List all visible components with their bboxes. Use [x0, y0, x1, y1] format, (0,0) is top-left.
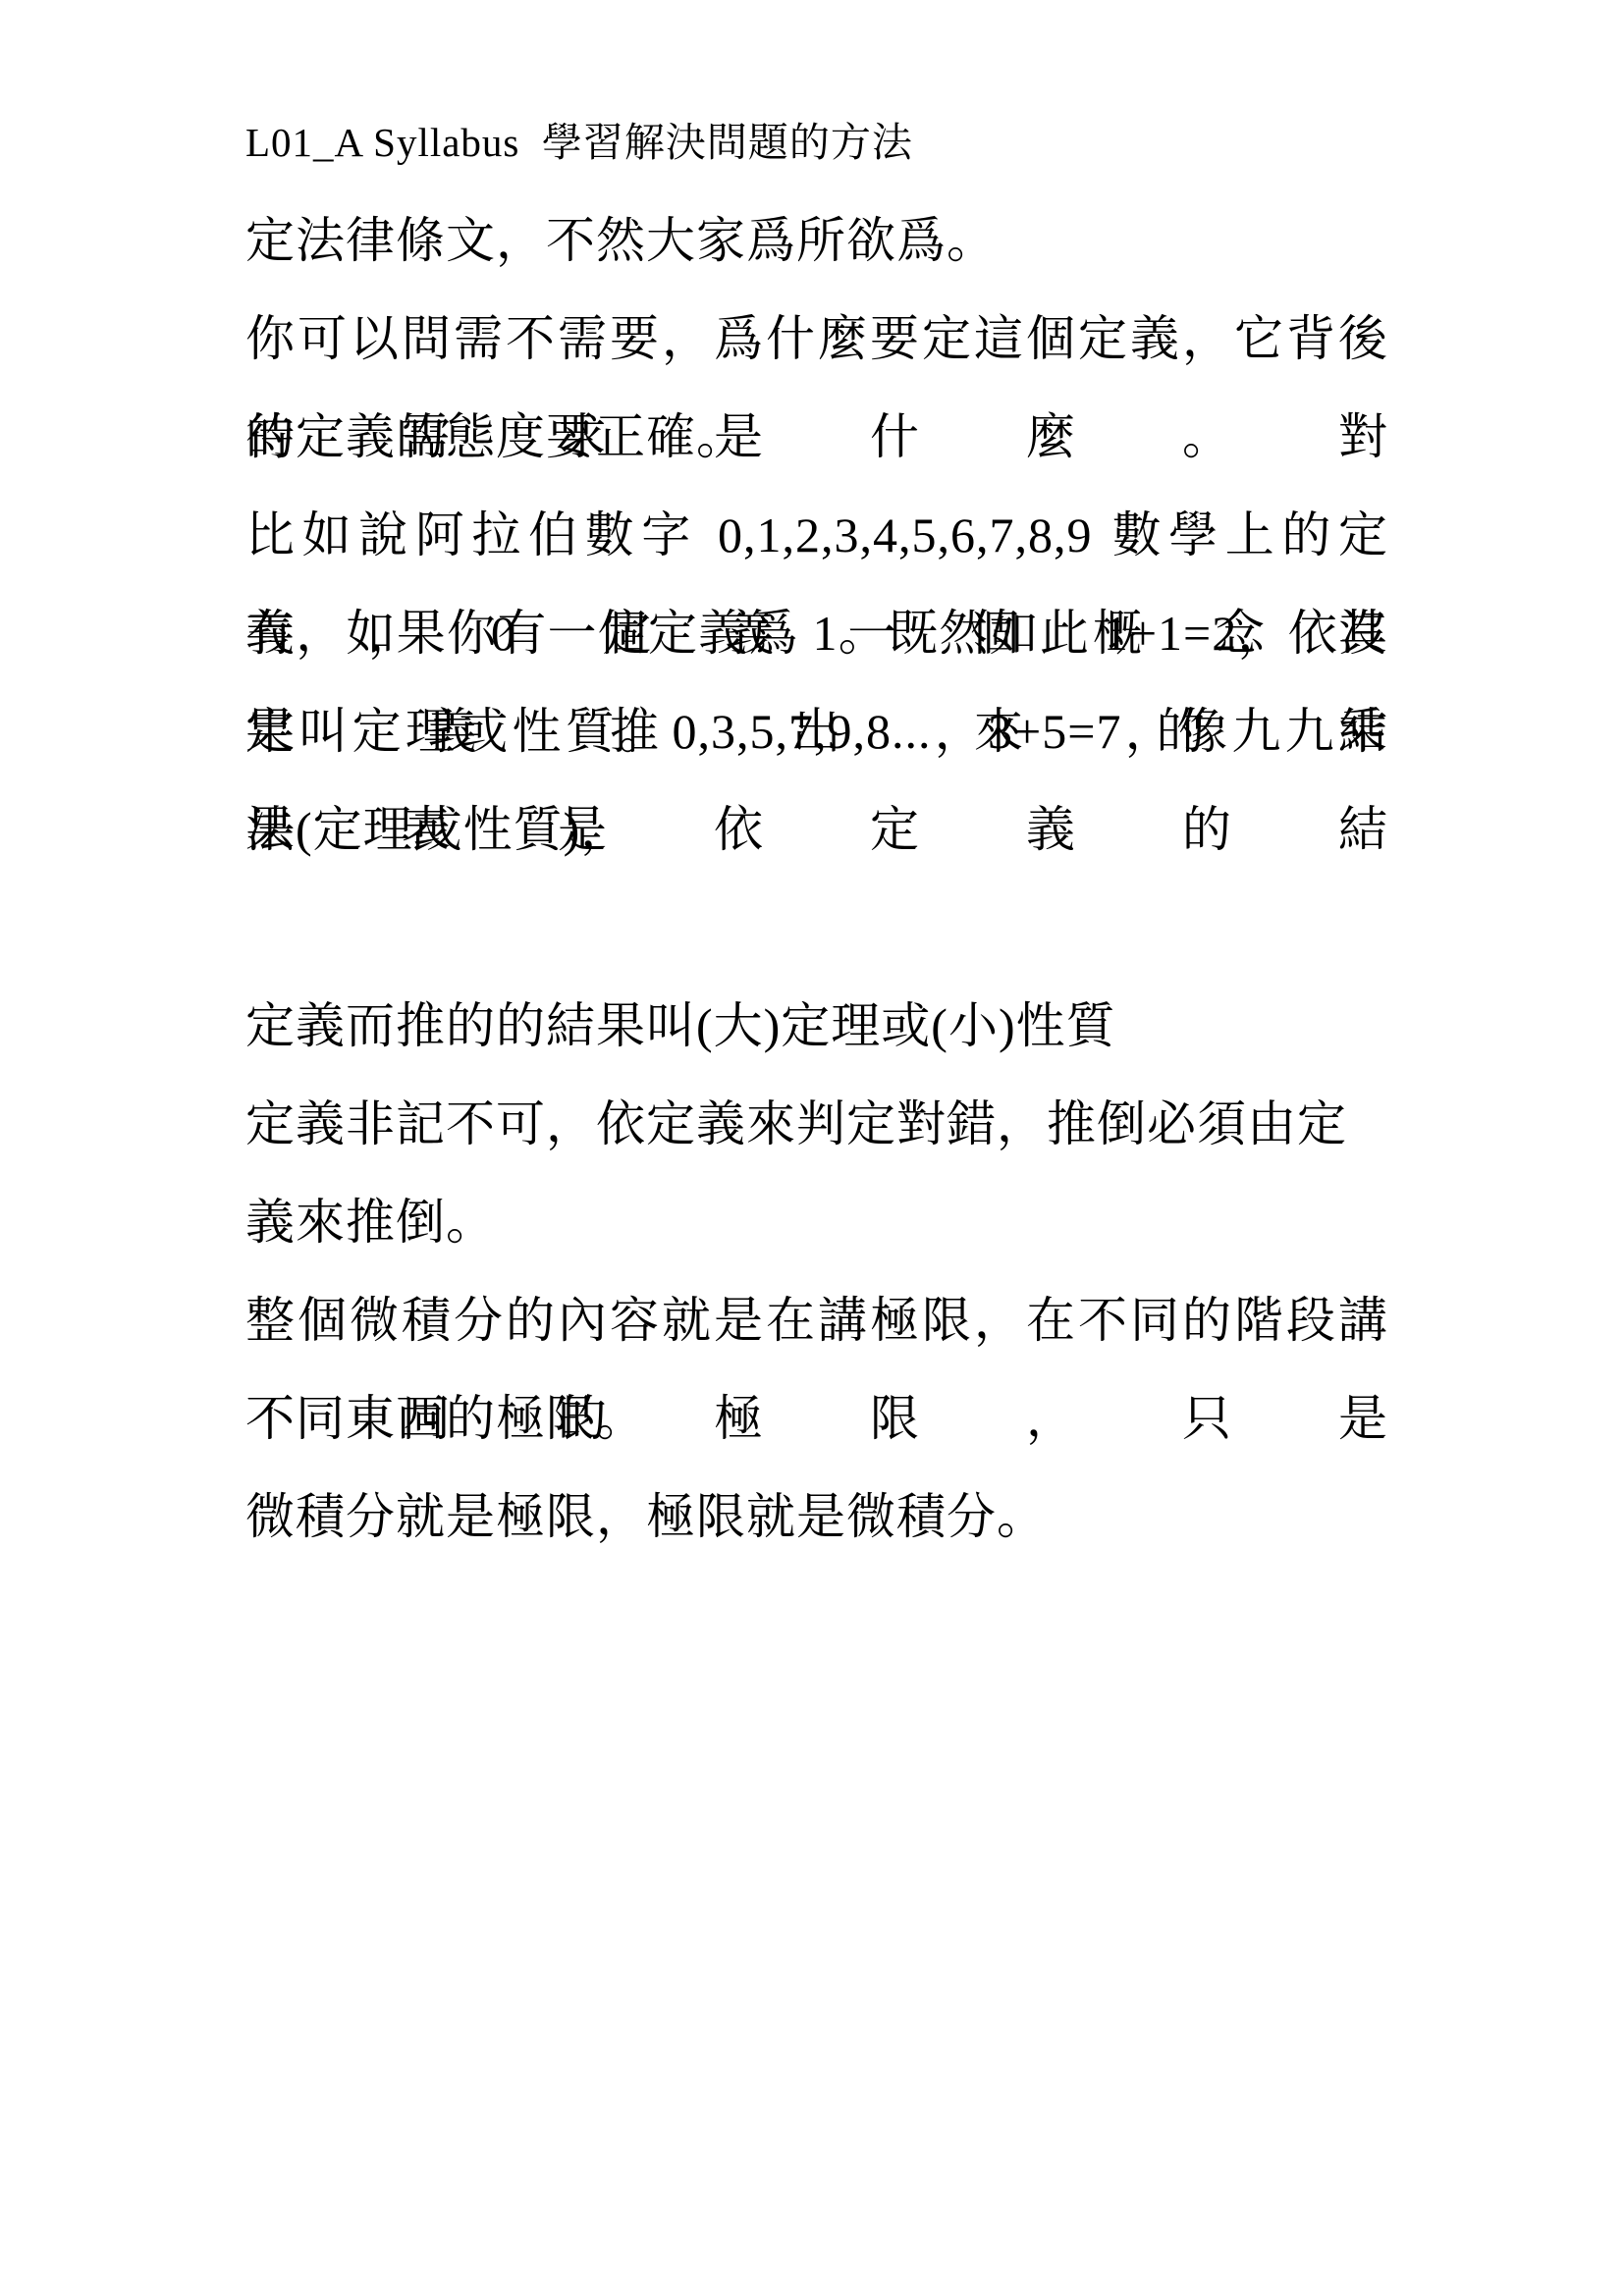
- text-line: 定法律條文，不然大家爲所欲爲。: [245, 191, 1388, 290]
- document-page: L01_A Syllabus 學習解決問題的方法 定法律條文，不然大家爲所欲爲。…: [0, 0, 1624, 2296]
- text-line: 你可以問需不需要，爲什麼要定這個定義，它背後的需求是什麼。對: [245, 290, 1388, 388]
- text-line: 定義非記不可，依定義來判定對錯，推倒必須由定義來推倒。: [245, 1075, 1388, 1173]
- document-content: L01_A Syllabus 學習解決問題的方法 定法律條文，不然大家爲所欲爲。…: [245, 93, 1388, 1566]
- text-line: 比如說阿拉伯數字 0,1,2,3,4,5,6,7,8,9 數學上的定義，0 定義…: [245, 486, 1388, 584]
- text-line: 定義而推的的結果叫(大)定理或(小)性質: [245, 977, 1388, 1075]
- blank-line: [245, 879, 1388, 977]
- text-line: 有，如果你有一個定義爲 1。既然如此 1+1=2，依其定義推出來的結: [245, 584, 1388, 682]
- text-line: 微積分就是極限，極限就是微積分。: [245, 1468, 1388, 1566]
- document-title: L01_A Syllabus 學習解決問題的方法: [245, 93, 1388, 191]
- text-line: 整個微積分的內容就是在講極限，在不同的階段講不同的極限，只是: [245, 1271, 1388, 1369]
- text-line: 果叫定理或性質。0,3,5,7,9,8...，3+5=7，像九九乘法表是依定義的…: [245, 682, 1388, 780]
